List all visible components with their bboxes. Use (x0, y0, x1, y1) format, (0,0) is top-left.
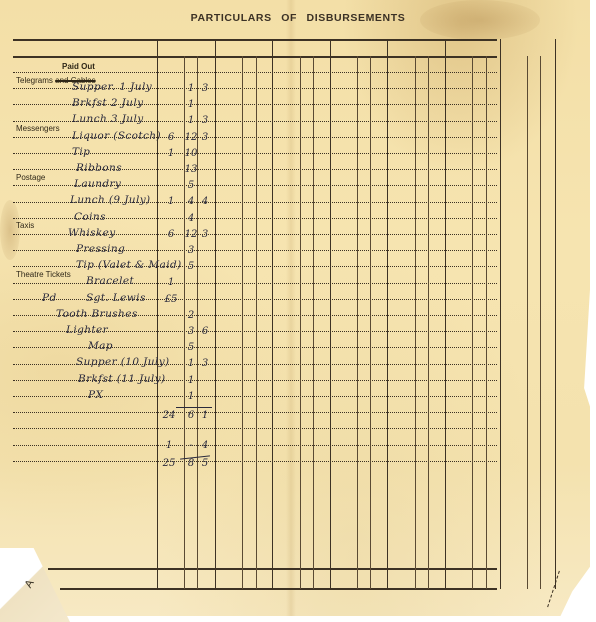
entry-shillings: 4 (184, 196, 198, 207)
entry-pounds: £5 (164, 294, 178, 305)
column-divider (272, 39, 273, 589)
category-postage: Postage (16, 173, 45, 182)
entry-item: Map (88, 340, 113, 352)
sub-column-divider (256, 56, 257, 589)
footer-rule-2 (60, 588, 497, 590)
document-title: PARTICULARS OF DISBURSEMENTS (0, 12, 596, 24)
entry-item: Brkfst (11 July) (78, 373, 165, 385)
entry-item: Brkfst 2 July (72, 97, 143, 109)
entry-item: Tip (72, 146, 90, 158)
total-pence: 5 (198, 458, 212, 469)
entry-shillings: 5 (184, 180, 198, 191)
entry-shillings: 1 (184, 375, 198, 386)
column-divider (555, 39, 556, 589)
total-pounds: 24 (162, 410, 176, 421)
column-divider (330, 39, 331, 589)
entry-pounds: 1 (164, 196, 178, 207)
header-rule-bottom (13, 56, 497, 58)
entry-shillings: 5 (184, 342, 198, 353)
category-label: Telegrams (16, 76, 53, 85)
total-pence: 1 (198, 410, 212, 421)
column-divider (387, 39, 388, 589)
entry-shillings: 3 (184, 326, 198, 337)
entry-shillings: 1 (184, 115, 198, 126)
entry-shillings: 10 (184, 148, 198, 159)
entry-item: Supper (10 July) (76, 356, 170, 368)
category-messengers: Messengers (16, 124, 60, 133)
total-shillings: 8 (184, 458, 198, 469)
sub-column-divider (472, 56, 473, 589)
sub-column-divider (300, 56, 301, 589)
entry-shillings: 1 (184, 83, 198, 94)
entry-item: Supper. 1 July (72, 81, 152, 93)
entry-item: Tip (Valet & Maid) (76, 259, 182, 271)
entry-item: Lunch 3 July (72, 113, 144, 125)
entry-item: Sgt. Lewis (86, 292, 146, 304)
header-rule-top (13, 39, 497, 41)
entry-pounds: 6 (164, 229, 178, 240)
sub-column-divider (370, 56, 371, 589)
total-pounds: 25 (162, 458, 176, 469)
entry-pence: 4 (198, 196, 212, 207)
total-shillings: - (184, 440, 198, 451)
row-rule (13, 347, 497, 348)
entry-shillings: 13 (184, 164, 198, 175)
sub-column-divider (486, 56, 487, 589)
entry-shillings: 2 (184, 310, 198, 321)
entry-item: Lunch (9 July) (70, 194, 151, 206)
entry-item: Lighter (66, 324, 108, 336)
row-rule (13, 412, 497, 413)
entry-pence: 3 (198, 358, 212, 369)
entry-pence: 3 (198, 229, 212, 240)
row-rule (13, 428, 497, 429)
entry-shillings: 12 (184, 132, 198, 143)
entry-shillings: 1 (184, 391, 198, 402)
column-divider (500, 39, 501, 589)
sub-column-divider (357, 56, 358, 589)
column-divider (215, 39, 216, 589)
entry-pence: 3 (198, 115, 212, 126)
entry-item: Coins (74, 211, 106, 223)
entry-shillings: 1 (184, 99, 198, 110)
entry-pence: 3 (198, 132, 212, 143)
sub-column-divider (415, 56, 416, 589)
entry-item: Ribbons (76, 162, 122, 174)
total-shillings: 6 (184, 410, 198, 421)
paper-fold-crease (286, 0, 296, 616)
entry-shillings: 5 (184, 261, 198, 272)
sub-column-divider (313, 56, 314, 589)
entry-prefix: Pd (42, 292, 57, 304)
entry-shillings: 12 (184, 229, 198, 240)
total-pence: 4 (198, 440, 212, 451)
entry-item: Bracelet (86, 275, 134, 287)
category-theatre-tickets: Theatre Tickets (16, 270, 71, 279)
entry-pounds: 1 (164, 277, 178, 288)
sub-column-divider (540, 56, 541, 589)
column-divider (445, 39, 446, 589)
entry-shillings: 4 (184, 213, 198, 224)
sub-column-divider (428, 56, 429, 589)
category-taxis: Taxis (16, 221, 34, 230)
column-header-paid-out: Paid Out (62, 62, 95, 71)
entry-pounds: 1 (164, 148, 178, 159)
entry-item: Whiskey (68, 227, 116, 239)
entry-pence: 6 (198, 326, 212, 337)
row-rule (13, 461, 497, 462)
sub-column-divider (527, 56, 528, 589)
row-rule (13, 72, 497, 73)
entry-item: Tooth Brushes (56, 308, 138, 320)
total-pounds: 1 (162, 440, 176, 451)
row-rule (13, 396, 497, 397)
entry-shillings: 3 (184, 245, 198, 256)
subtotal-underline (176, 407, 212, 408)
entry-item: Liquor (Scotch) (72, 130, 161, 142)
entry-item: Pressing (76, 243, 125, 255)
column-divider (157, 39, 158, 589)
entry-pounds: 6 (164, 132, 178, 143)
entry-item: Laundry (74, 178, 121, 190)
entry-shillings: 1 (184, 358, 198, 369)
entry-pence: 3 (198, 83, 212, 94)
entry-item: PX (88, 389, 103, 401)
row-rule (13, 445, 497, 446)
sub-column-divider (242, 56, 243, 589)
